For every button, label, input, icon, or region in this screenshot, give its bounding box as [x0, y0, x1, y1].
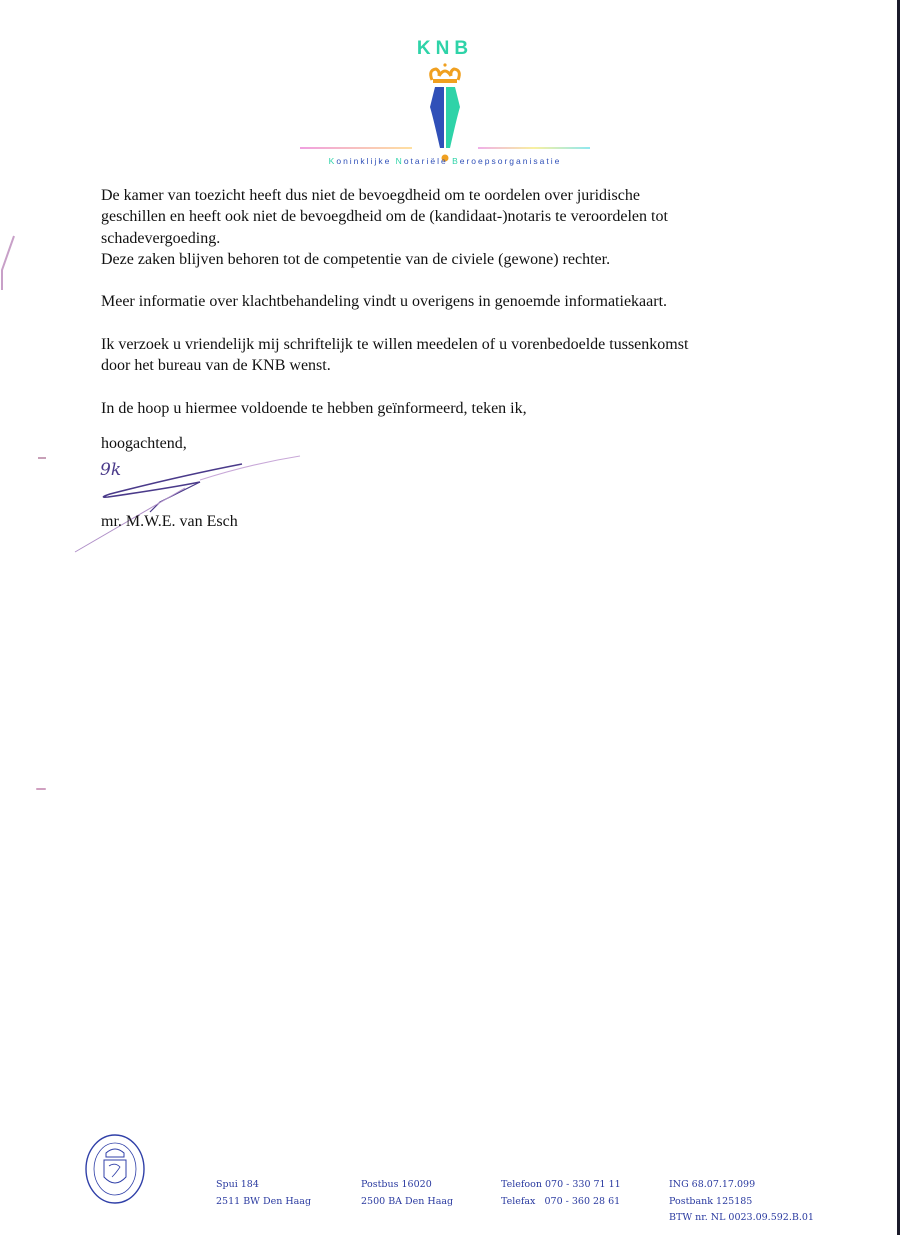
text-line: Deze zaken blijven behoren tot de compet… — [101, 249, 781, 270]
initial-n: N — [396, 156, 404, 166]
koninklijke-notariele-beroepsorganisatie-seal-icon — [84, 1133, 146, 1205]
crown-and-pen-nib-icon — [418, 62, 472, 162]
po-box: Postbus 16020 — [361, 1177, 453, 1194]
street: Spui 184 — [216, 1177, 311, 1194]
scan-mark-left — [0, 230, 20, 290]
letterhead-footer: Spui 184 2511 BW Den Haag Postbus 16020 … — [0, 1130, 900, 1230]
name-part: otariële — [404, 156, 452, 166]
letterhead-logo: KNB Koninklijke Notariële Beroepsorganis… — [300, 38, 590, 173]
telefax: Telefax 070 - 360 28 61 — [501, 1194, 621, 1211]
telephone: Telefoon 070 - 330 71 11 — [501, 1177, 621, 1194]
scan-dot — [36, 788, 46, 790]
handwritten-signature: 9k — [70, 450, 310, 560]
contact-numbers: Telefoon 070 - 330 71 11 Telefax 070 - 3… — [501, 1177, 621, 1210]
text-line: door het bureau van de KNB wenst. — [101, 355, 781, 376]
paragraph-jurisdiction: De kamer van toezicht heeft dus niet de … — [101, 185, 781, 270]
paragraph-closing-sentence: In de hoop u hiermee voldoende te hebben… — [101, 398, 781, 419]
bank-details: ING 68.07.17.099 Postbank 125185 BTW nr.… — [669, 1177, 814, 1227]
organization-name: Koninklijke Notariële Beroepsorganisatie — [300, 156, 590, 166]
postal-address: Postbus 16020 2500 BA Den Haag — [361, 1177, 453, 1210]
signer-name: mr. M.W.E. van Esch — [101, 513, 238, 531]
text-line: Meer informatie over klachtbehandeling v… — [101, 291, 781, 312]
decorative-rule — [478, 147, 590, 149]
vat-number: BTW nr. NL 0023.09.592.B.01 — [669, 1210, 814, 1227]
postal-city: 2500 BA Den Haag — [361, 1194, 453, 1211]
postbank-account: Postbank 125185 — [669, 1194, 814, 1211]
initial-b: B — [452, 156, 460, 166]
letter-body: De kamer van toezicht heeft dus niet de … — [101, 185, 781, 441]
handwritten-initials: 9k — [100, 460, 121, 480]
city: 2511 BW Den Haag — [216, 1194, 311, 1211]
decorative-rule — [300, 147, 412, 149]
name-part: eroepsorganisatie — [460, 156, 562, 166]
text-line: schadevergoeding. — [101, 228, 781, 249]
ing-account: ING 68.07.17.099 — [669, 1177, 814, 1194]
scan-dot — [38, 457, 46, 459]
visiting-address: Spui 184 2511 BW Den Haag — [216, 1177, 311, 1210]
name-part: oninklijke — [336, 156, 395, 166]
text-line: Ik verzoek u vriendelijk mij schriftelij… — [101, 334, 781, 355]
text-line: In de hoop u hiermee voldoende te hebben… — [101, 398, 781, 419]
paragraph-more-info: Meer informatie over klachtbehandeling v… — [101, 291, 781, 312]
text-line: geschillen en heeft ook niet de bevoegdh… — [101, 206, 781, 227]
logo-abbreviation: KNB — [405, 38, 485, 60]
paragraph-request: Ik verzoek u vriendelijk mij schriftelij… — [101, 334, 781, 377]
text-line: De kamer van toezicht heeft dus niet de … — [101, 185, 781, 206]
